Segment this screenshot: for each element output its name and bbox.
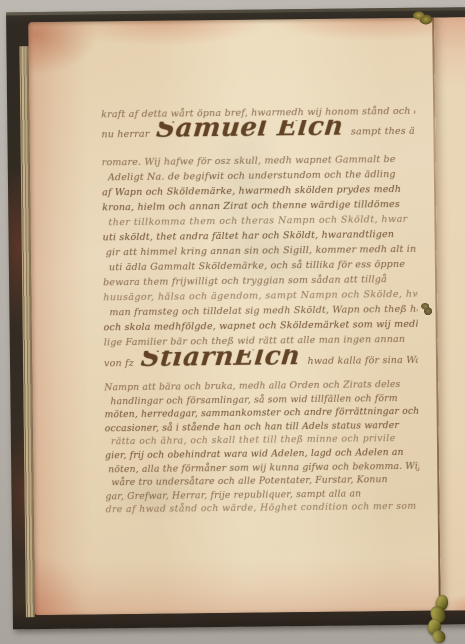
- name-heading-stiarnelch: von fz StiarnElch hwad kalla för sina Wa…: [104, 348, 418, 382]
- manuscript-line: dre af hwad stånd och wärde, Höghet cond…: [106, 500, 420, 517]
- scanned-book-page: kraft af detta wårt öpna bref, hwarmedh …: [0, 0, 465, 644]
- paragraph-two: Nampn att bära och bruka, medh alla Orde…: [104, 378, 420, 517]
- paragraph-one: romare. Wij hafwe för osz skull, medh wa…: [102, 152, 418, 351]
- binding-tie-middle: [420, 301, 433, 316]
- calligraphic-name: StiarnElch: [140, 349, 301, 366]
- manuscript-text: kraft af detta wårt öpna bref, hwarmedh …: [101, 104, 420, 517]
- heading-suffix: hwad kalla för sina Wapn och: [307, 352, 418, 369]
- heading-prefix: nu herrar: [101, 127, 149, 143]
- book-cover: kraft af detta wårt öpna bref, hwarmedh …: [6, 7, 465, 629]
- heading-prefix: von fz: [104, 356, 134, 371]
- heading-suffix: sampt thes äldste tilhör: [351, 123, 416, 139]
- name-heading-samuel-elch: nu herrar Samuel Elch sampt thes äldste …: [101, 119, 415, 156]
- bookmark-ribbon: [427, 595, 457, 644]
- manuscript-page: kraft af detta wårt öpna bref, hwarmedh …: [28, 17, 465, 615]
- binding-tie-top: [411, 9, 433, 26]
- calligraphic-name: Samuel Elch: [156, 120, 345, 137]
